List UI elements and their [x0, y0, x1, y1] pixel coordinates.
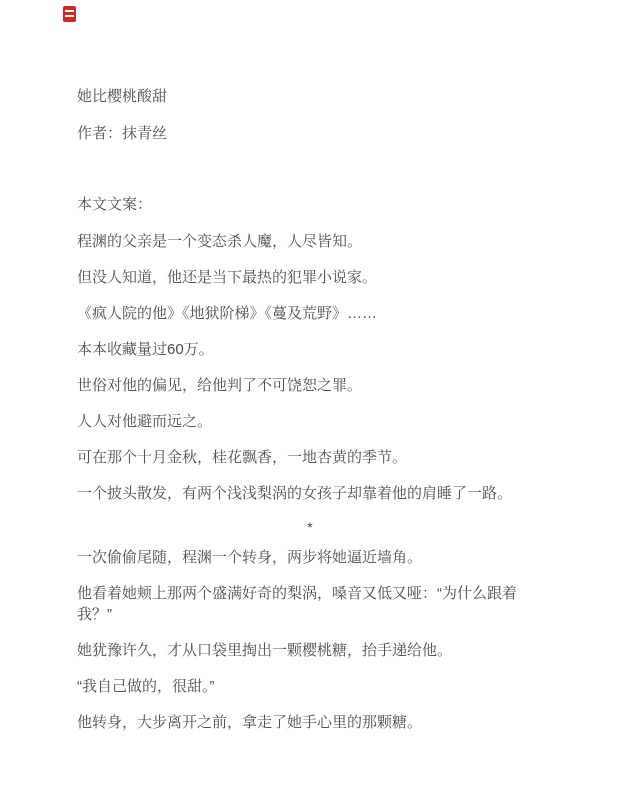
red-stamp-icon-detail [65, 10, 74, 12]
synopsis-paragraph: 《疯人院的他》《地狱阶梯》《蔓及荒野》…… [77, 303, 543, 324]
synopsis-paragraph: 程渊的父亲是一个变态杀人魔，人尽皆知。 [77, 231, 543, 252]
synopsis-paragraph: 本本收藏量过60万。 [77, 339, 543, 360]
synopsis-paragraph: 一次偷偷尾随，程渊一个转身，两步将她逼近墙角。 [77, 547, 543, 568]
red-stamp-icon-detail [65, 15, 74, 17]
synopsis-paragraph: 他看着她颊上那两个盛满好奇的梨涡，嗓音又低又哑：“为什么跟着我？” [77, 583, 543, 625]
book-title: 她比樱桃酸甜 [77, 86, 543, 107]
synopsis-paragraph: 人人对他避而远之。 [77, 411, 543, 432]
synopsis-heading: 本文文案： [77, 194, 543, 215]
synopsis-paragraph: 但没人知道，他还是当下最热的犯罪小说家。 [77, 267, 543, 288]
synopsis-paragraph: 他转身，大步离开之前，拿走了她手心里的那颗糖。 [77, 712, 543, 733]
red-stamp-icon [63, 6, 76, 22]
book-author-line: 作者：抹青丝 [77, 123, 543, 144]
synopsis-paragraph: 世俗对他的偏见，给他判了不可饶恕之罪。 [77, 375, 543, 396]
synopsis-paragraph: 可在那个十月金秋，桂花飘香，一地杏黄的季节。 [77, 447, 543, 468]
synopsis-paragraph: “我自己做的，很甜。” [77, 676, 543, 697]
document-content: 她比樱桃酸甜 作者：抹青丝 本文文案： 程渊的父亲是一个变态杀人魔，人尽皆知。 … [77, 86, 543, 748]
novel-synopsis-page: 她比樱桃酸甜 作者：抹青丝 本文文案： 程渊的父亲是一个变态杀人魔，人尽皆知。 … [0, 0, 618, 799]
synopsis-paragraph: 她犹豫许久，才从口袋里掏出一颗樱桃糖，抬手递给他。 [77, 640, 543, 661]
synopsis-paragraph: 一个披头散发，有两个浅浅梨涡的女孩子却靠着他的肩睡了一路。 [77, 483, 543, 504]
section-divider: * [77, 519, 543, 535]
